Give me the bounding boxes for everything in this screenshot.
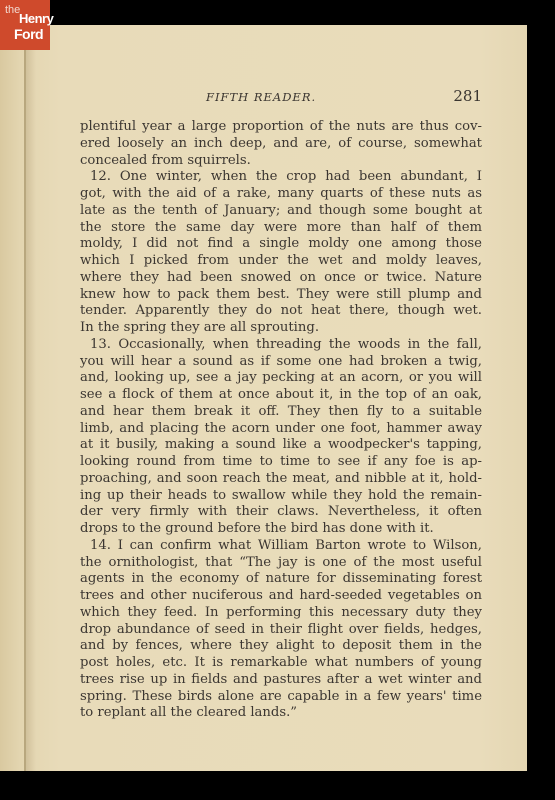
text-line: trees rise up in fields and pastures aft… bbox=[80, 672, 482, 689]
page-number: 281 bbox=[453, 87, 482, 105]
text-line: plentiful year a large proportion of the… bbox=[80, 119, 482, 136]
text-line: at it busily, making a sound like a wood… bbox=[80, 437, 482, 454]
text-line: late as the tenth of January; and though… bbox=[80, 203, 482, 220]
text-line: ing up their heads to swallow while they… bbox=[80, 488, 482, 505]
text-line: drop abundance of seed in their flight o… bbox=[80, 622, 482, 639]
text-line: looking round from time to time to see i… bbox=[80, 454, 482, 471]
text-line: drops to the ground before the bird has … bbox=[80, 521, 482, 538]
text-line: spring. These birds alone are capable in… bbox=[80, 689, 482, 706]
text-line: moldy, I did not find a single moldy one… bbox=[80, 236, 482, 253]
text-line: where they had been snowed on once or tw… bbox=[80, 270, 482, 287]
text-line: 13. Occasionally, when threading the woo… bbox=[80, 337, 482, 354]
text-line: agents in the economy of nature for diss… bbox=[80, 571, 482, 588]
text-line: trees and other nuciferous and hard-seed… bbox=[80, 588, 482, 605]
text-line: 12. One winter, when the crop had been a… bbox=[80, 169, 482, 186]
running-title: FIFTH READER. bbox=[206, 90, 316, 104]
text-line: which I picked from under the wet and mo… bbox=[80, 253, 482, 270]
logo-text-the: the bbox=[5, 5, 20, 16]
text-line: you will hear a sound as if some one had… bbox=[80, 354, 482, 371]
logo-text-henry: Henry bbox=[19, 12, 53, 25]
text-line: and by fences, where they alight to depo… bbox=[80, 638, 482, 655]
paragraph-13: 13. Occasionally, when threading the woo… bbox=[80, 337, 482, 538]
body-text: plentiful year a large proportion of the… bbox=[80, 119, 482, 722]
text-line: limb, and placing the acorn under one fo… bbox=[80, 421, 482, 438]
text-line: 14. I can confirm what William Barton wr… bbox=[80, 538, 482, 555]
text-line: and, looking up, see a jay pecking at an… bbox=[80, 370, 482, 387]
text-line: tender. Apparently they do not heat ther… bbox=[80, 303, 482, 320]
text-line: and hear them break it off. They then fl… bbox=[80, 404, 482, 421]
text-line: to replant all the cleared lands.” bbox=[80, 705, 482, 722]
page-header: FIFTH READER. 281 bbox=[80, 87, 482, 107]
paragraph-continuation: plentiful year a large proportion of the… bbox=[80, 119, 482, 169]
text-line: proaching, and soon reach the meat, and … bbox=[80, 471, 482, 488]
page-fold-shadow bbox=[26, 25, 36, 771]
text-line: ered loosely an inch deep, and are, of c… bbox=[80, 136, 482, 153]
logo-text-ford: Ford bbox=[14, 27, 43, 41]
text-line: der very firmly with their claws. Nevert… bbox=[80, 504, 482, 521]
text-line: the ornithologist, that “The jay is one … bbox=[80, 555, 482, 572]
text-line: In the spring they are all sprouting. bbox=[80, 320, 482, 337]
text-line: see a flock of them at once about it, in… bbox=[80, 387, 482, 404]
paragraph-14: 14. I can confirm what William Barton wr… bbox=[80, 538, 482, 722]
henry-ford-logo: the Henry Ford bbox=[0, 0, 50, 50]
text-line: concealed from squirrels. bbox=[80, 153, 482, 170]
text-line: post holes, etc. It is remarkable what n… bbox=[80, 655, 482, 672]
text-line: knew how to pack them best. They were st… bbox=[80, 287, 482, 304]
text-line: the store the same day were more than ha… bbox=[80, 220, 482, 237]
text-line: which they feed. In performing this nece… bbox=[80, 605, 482, 622]
paragraph-12: 12. One winter, when the crop had been a… bbox=[80, 169, 482, 337]
book-page: FIFTH READER. 281 plentiful year a large… bbox=[0, 25, 527, 771]
text-line: got, with the aid of a rake, many quarts… bbox=[80, 186, 482, 203]
